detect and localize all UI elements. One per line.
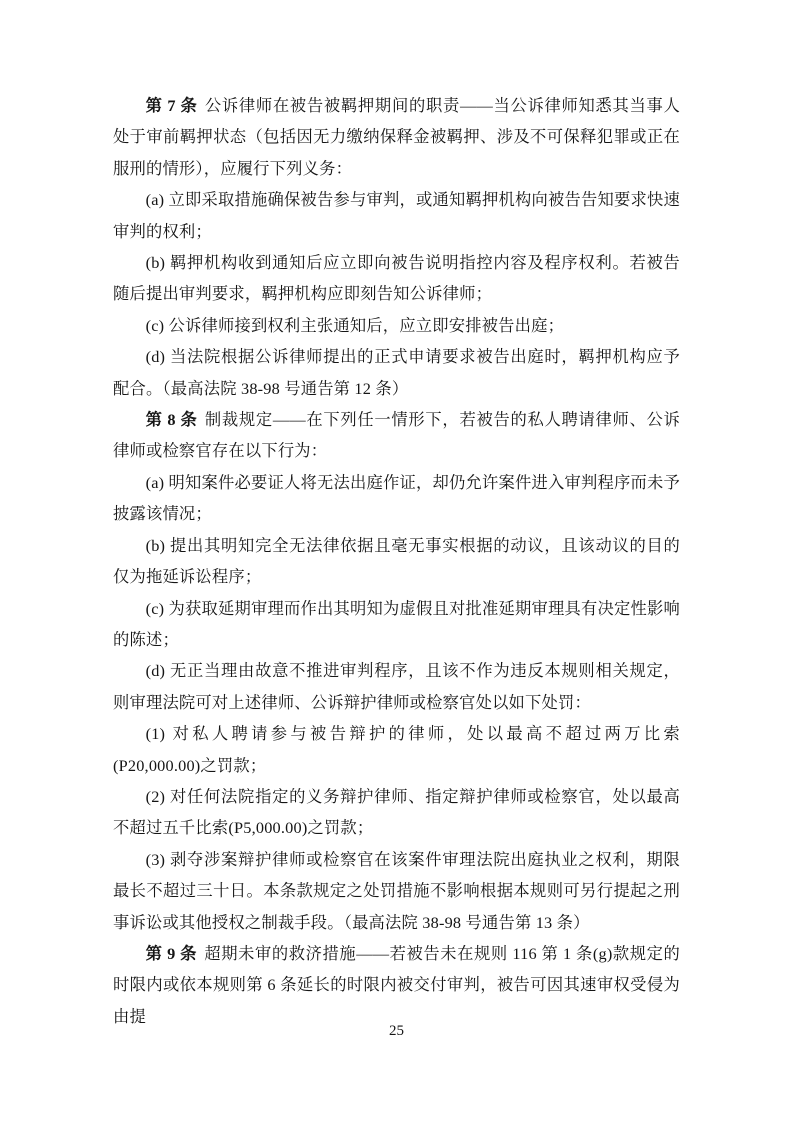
article-paragraph: 第 9 条超期未审的救济措施——若被告未在规则 116 第 1 条(g)款规定的…	[113, 938, 680, 1032]
paragraph-text: 超期未审的救济措施——若被告未在规则 116 第 1 条(g)款规定的时限内或依…	[113, 944, 680, 1026]
list-item-paragraph: (3) 剥夺涉案辩护律师或检察官在该案件审理法院出庭执业之权利，期限最长不超过三…	[113, 844, 680, 938]
paragraph-text: (b) 提出其明知完全无法律依据且毫无事实根据的动议，且该动议的目的仅为拖延诉讼…	[113, 536, 680, 586]
paragraph-text: (3) 剥夺涉案辩护律师或检察官在该案件审理法院出庭执业之权利，期限最长不超过三…	[113, 850, 680, 932]
list-item-paragraph: (d) 无正当理由故意不推进审判程序，且该不作为违反本规则相关规定，则审理法院可…	[113, 655, 680, 718]
list-item-paragraph: (b) 提出其明知完全无法律依据且毫无事实根据的动议，且该动议的目的仅为拖延诉讼…	[113, 530, 680, 593]
paragraph-text: (a) 立即采取措施确保被告参与审判，或通知羁押机构向被告告知要求快速审判的权利…	[113, 190, 680, 240]
list-item-paragraph: (a) 明知案件必要证人将无法出庭作证，却仍允许案件进入审判程序而未予披露该情况…	[113, 467, 680, 530]
paragraph-text: 制裁规定——在下列任一情形下，若被告的私人聘请律师、公诉律师或检察官存在以下行为…	[113, 410, 680, 460]
paragraph-text: (d) 无正当理由故意不推进审判程序，且该不作为违反本规则相关规定，则审理法院可…	[113, 661, 680, 711]
article-paragraph: 第 8 条制裁规定——在下列任一情形下，若被告的私人聘请律师、公诉律师或检察官存…	[113, 404, 680, 467]
paragraph-text: (c) 为获取延期审理而作出其明知为虚假且对批准延期审理具有决定性影响的陈述；	[113, 599, 680, 649]
document-page: 第 7 条公诉律师在被告被羁押期间的职责——当公诉律师知悉其当事人处于审前羁押状…	[0, 0, 793, 1122]
list-item-paragraph: (2) 对任何法院指定的义务辩护律师、指定辩护律师或检察官，处以最高不超过五千比…	[113, 781, 680, 844]
paragraph-text: (c) 公诉律师接到权利主张通知后，应立即安排被告出庭；	[146, 316, 565, 335]
article-number-label: 第 8 条	[146, 410, 198, 429]
list-item-paragraph: (1) 对私人聘请参与被告辩护的律师，处以最高不超过两万比索(P20,000.0…	[113, 718, 680, 781]
paragraph-text: (b) 羁押机构收到通知后应立即向被告说明指控内容及程序权利。若被告随后提出审判…	[113, 253, 680, 303]
paragraph-text: (a) 明知案件必要证人将无法出庭作证，却仍允许案件进入审判程序而未予披露该情况…	[113, 473, 680, 523]
paragraph-text: (2) 对任何法院指定的义务辩护律师、指定辩护律师或检察官，处以最高不超过五千比…	[113, 787, 680, 837]
article-number-label: 第 7 条	[146, 96, 198, 115]
list-item-paragraph: (a) 立即采取措施确保被告参与审判，或通知羁押机构向被告告知要求快速审判的权利…	[113, 184, 680, 247]
document-body: 第 7 条公诉律师在被告被羁押期间的职责——当公诉律师知悉其当事人处于审前羁押状…	[113, 90, 680, 1032]
list-item-paragraph: (b) 羁押机构收到通知后应立即向被告说明指控内容及程序权利。若被告随后提出审判…	[113, 247, 680, 310]
paragraph-text: (d) 当法院根据公诉律师提出的正式申请要求被告出庭时，羁押机构应予配合。（最高…	[113, 347, 680, 397]
list-item-paragraph: (d) 当法院根据公诉律师提出的正式申请要求被告出庭时，羁押机构应予配合。（最高…	[113, 341, 680, 404]
paragraph-text: (1) 对私人聘请参与被告辩护的律师，处以最高不超过两万比索(P20,000.0…	[113, 724, 680, 774]
list-item-paragraph: (c) 公诉律师接到权利主张通知后，应立即安排被告出庭；	[113, 310, 680, 341]
page-number: 25	[0, 1022, 793, 1040]
article-paragraph: 第 7 条公诉律师在被告被羁押期间的职责——当公诉律师知悉其当事人处于审前羁押状…	[113, 90, 680, 184]
paragraph-text: 公诉律师在被告被羁押期间的职责——当公诉律师知悉其当事人处于审前羁押状态（包括因…	[113, 96, 680, 178]
article-number-label: 第 9 条	[146, 944, 197, 963]
list-item-paragraph: (c) 为获取延期审理而作出其明知为虚假且对批准延期审理具有决定性影响的陈述；	[113, 593, 680, 656]
